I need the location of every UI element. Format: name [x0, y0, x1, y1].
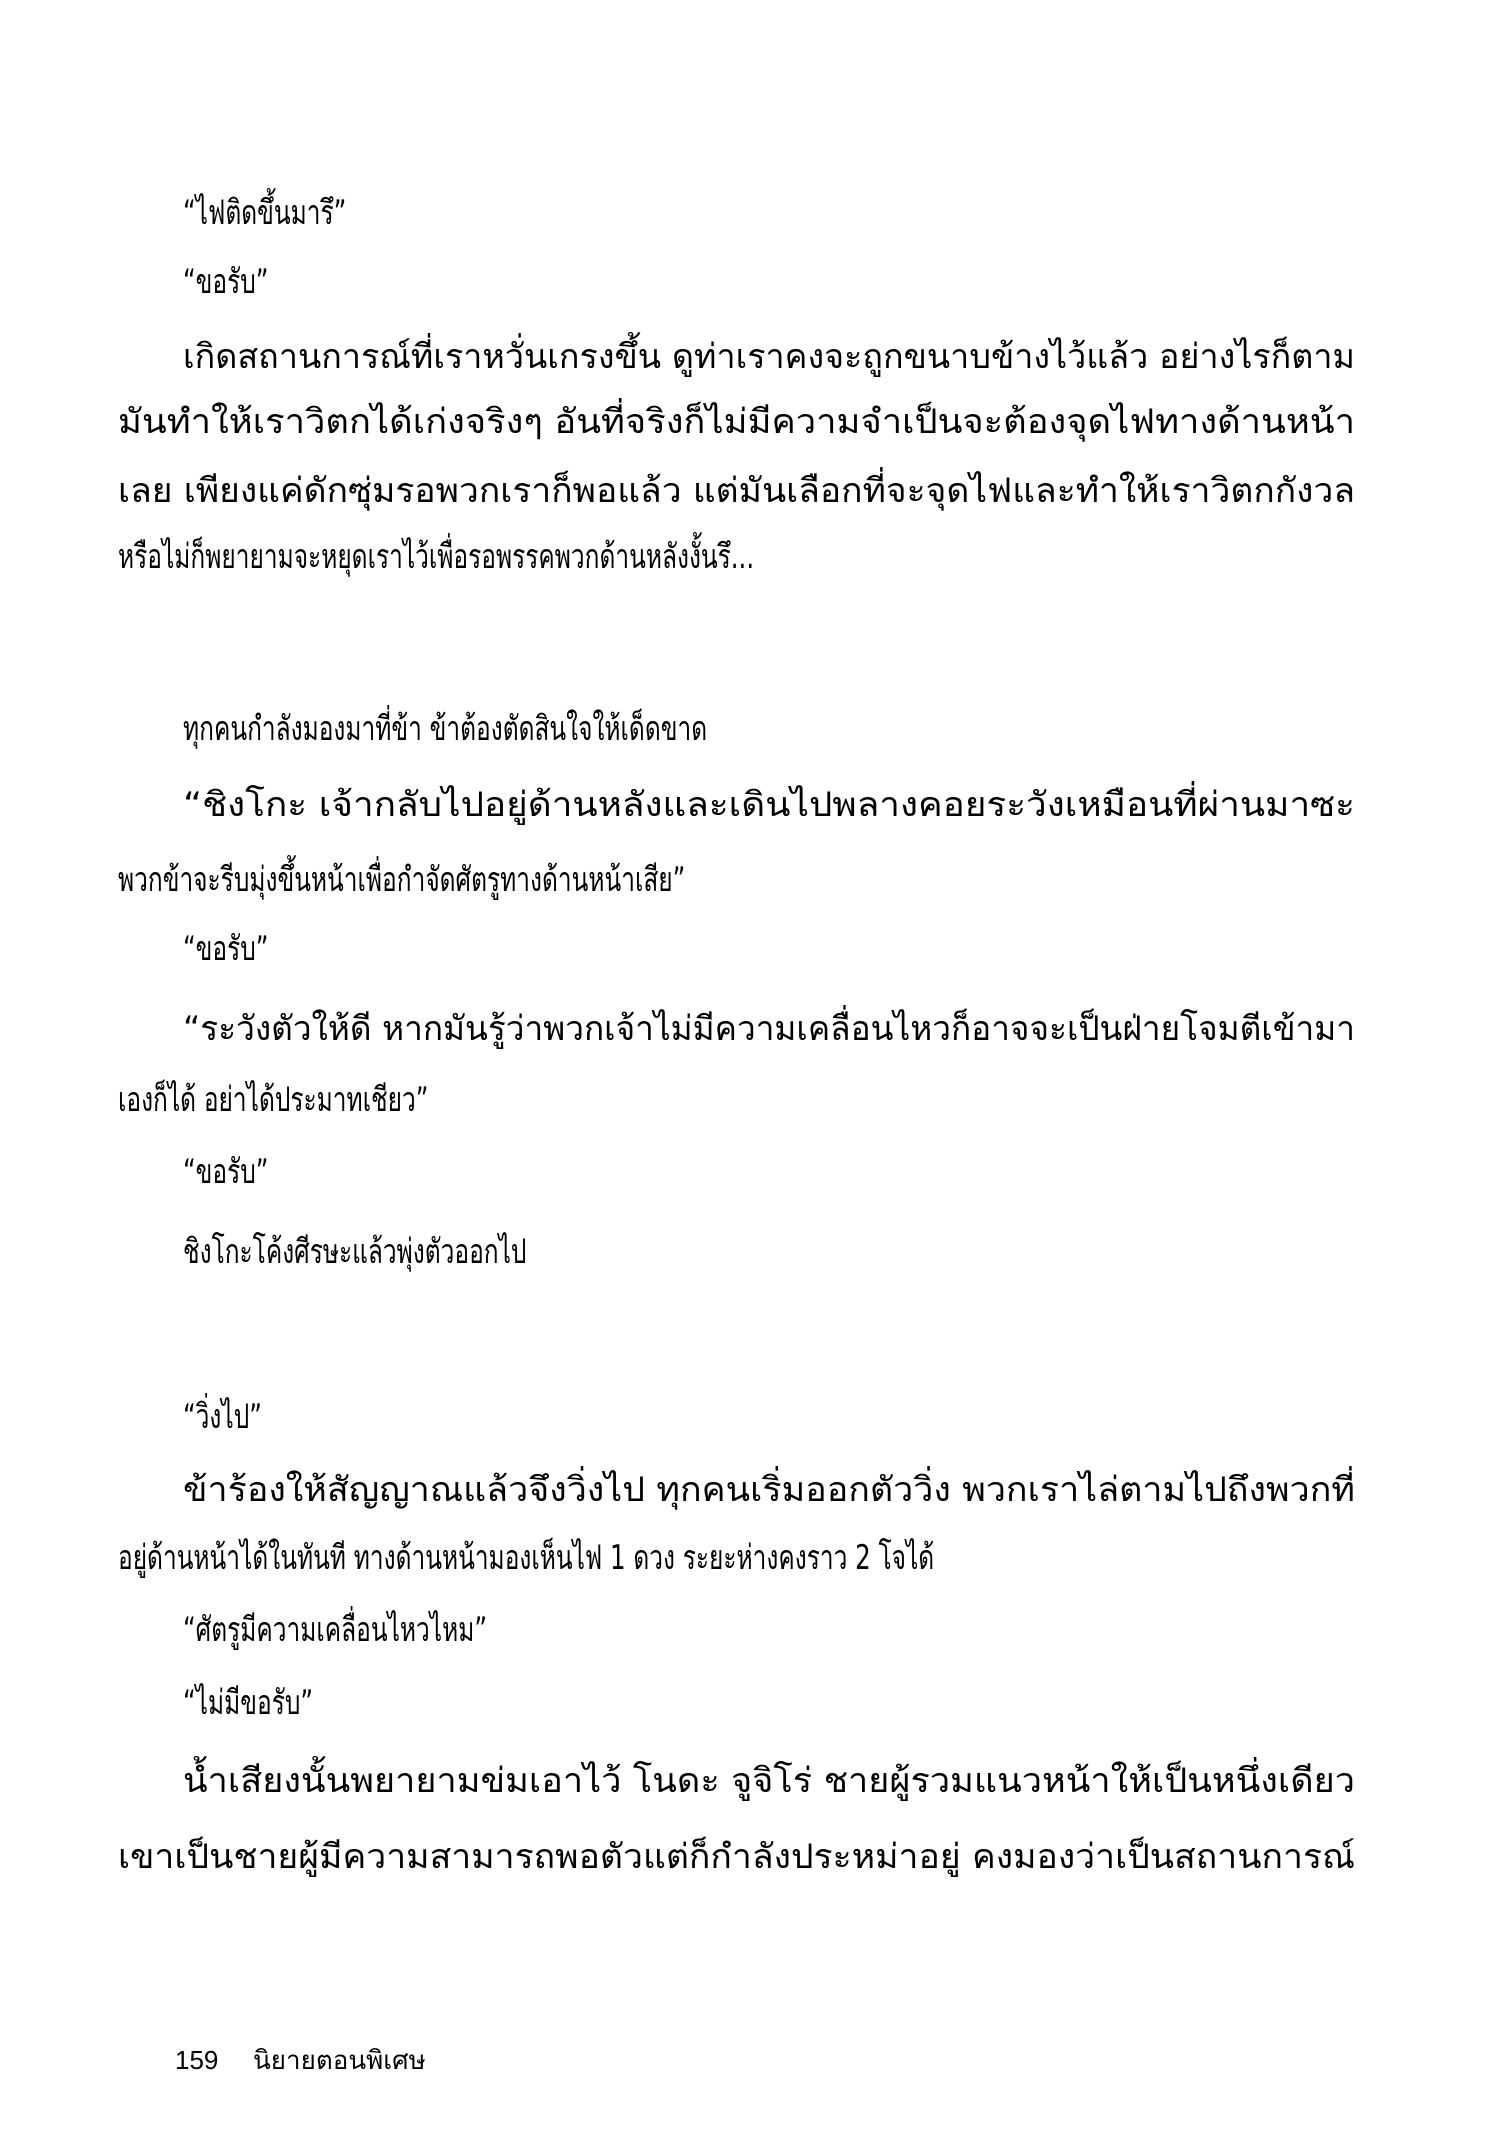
text-line: ชิงโกะโค้งศีรษะแล้วพุ่งตัวออกไป: [183, 1222, 1027, 1282]
text-line: เขาเป็นชายผู้มีความสามารถพอตัวแต่ก็กำลัง…: [118, 1827, 1355, 1887]
book-title: นิยายตอนพิเศษ: [253, 2045, 426, 2075]
text-line: เกิดสถานการณ์ที่เราหวั่นเกรงขึ้น ดูท่าเร…: [183, 327, 1355, 387]
text-line: “วิ่งไป”: [183, 1387, 1027, 1447]
text-line: “ขอรับ”: [183, 252, 1027, 312]
book-page: “ไฟติดขึ้นมารึ”“ขอรับ”เกิดสถานการณ์ที่เร…: [0, 0, 1512, 2150]
text-line: มันทำให้เราวิตกได้เก่งจริงๆ อันที่จริงก็…: [118, 392, 1355, 452]
text-line: อยู่ด้านหน้าได้ในทันที ทางด้านหน้ามองเห็…: [118, 1528, 1009, 1588]
text-line: “ศัตรูมีความเคลื่อนไหวไหม”: [183, 1600, 1027, 1660]
page-footer: 159นิยายตอนพิเศษ: [175, 2040, 426, 2080]
text-line: หรือไม่ก็พยายามจะหยุดเราไว้เพื่อรอพรรคพว…: [118, 527, 1009, 587]
page-number: 159: [175, 2040, 253, 2080]
text-line: เองก็ได้ อย่าได้ประมาทเชียว”: [118, 1070, 1009, 1130]
text-line: “ระวังตัวให้ดี หากมันรู้ว่าพวกเจ้าไม่มีค…: [183, 999, 1355, 1059]
text-line: “ขอรับ”: [183, 1142, 1027, 1202]
text-line: “ชิงโกะ เจ้ากลับไปอยู่ด้านหลังและเดินไปพ…: [183, 775, 1355, 835]
text-line: “ไม่มีขอรับ”: [183, 1673, 1027, 1733]
text-line: ข้าร้องให้สัญญาณแล้วจึงวิ่งไป ทุกคนเริ่ม…: [183, 1460, 1355, 1520]
text-line: น้ำเสียงนั้นพยายามข่มเอาไว้ โนดะ จูจิโร่…: [183, 1751, 1355, 1811]
text-line: “ขอรับ”: [183, 919, 1027, 979]
text-line: “ไฟติดขึ้นมารึ”: [183, 183, 1027, 243]
text-line: เลย เพียงแค่ดักซุ่มรอพวกเราก็พอแล้ว แต่ม…: [118, 461, 1355, 521]
text-line: พวกข้าจะรีบมุ่งขึ้นหน้าเพื่อกำจัดศัตรูทา…: [118, 850, 1009, 910]
text-line: ทุกคนกำลังมองมาที่ข้า ข้าต้องตัดสินใจให้…: [183, 699, 1027, 759]
